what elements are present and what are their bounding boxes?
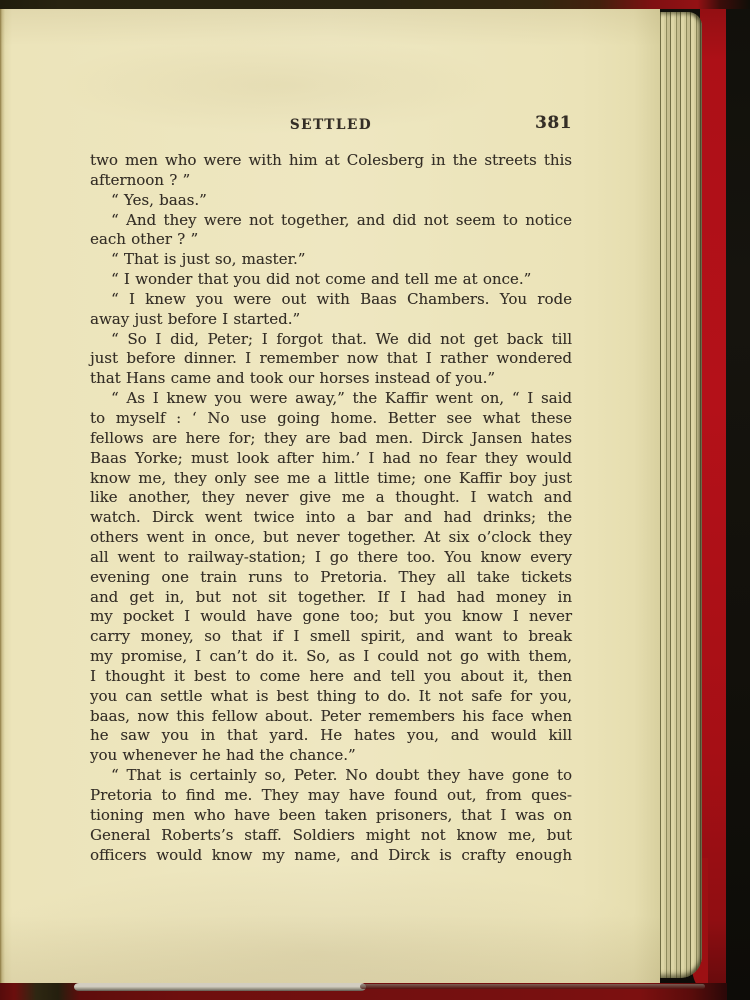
text-line: my promise, I can’t do it. So, as I coul…: [90, 647, 572, 667]
text-line: “ That is just so, master.”: [90, 250, 572, 270]
text-line: and get in, but not sit together. If I h…: [90, 588, 572, 608]
text-line: Pretoria to find me. They may have found…: [90, 786, 572, 806]
paragraph: two men who were with him at Colesberg i…: [90, 151, 572, 191]
paragraph: “ That is certainly so, Peter. No doubt …: [90, 766, 572, 865]
text-line: he saw you in that yard. He hates you, a…: [90, 726, 572, 746]
paragraph: “ Yes, baas.”: [90, 191, 572, 211]
text-line: watch. Dirck went twice into a bar and h…: [90, 508, 572, 528]
paragraph: “ As I knew you were away,” the Kaffir w…: [90, 389, 572, 766]
top-edge-shadow: [0, 0, 750, 9]
book-scan: SETTLED 381 two men who were with him at…: [0, 0, 750, 1000]
text-line: know me, they only see me a little time;…: [90, 469, 572, 489]
text-line: officers would know my name, and Dirck i…: [90, 846, 572, 866]
text-line: “ That is certainly so, Peter. No doubt …: [90, 766, 572, 786]
page-edge-stack: [654, 12, 702, 978]
text-line: away just before I started.”: [90, 310, 572, 330]
text-line: you whenever he had the chance.”: [90, 746, 572, 766]
text-line: my pocket I would have gone too; but you…: [90, 607, 572, 627]
text-line: “ So I did, Peter; I forgot that. We did…: [90, 330, 572, 350]
page-text: two men who were with him at Colesberg i…: [90, 151, 572, 865]
text-line: “ And they were not together, and did no…: [90, 211, 572, 231]
text-line: Baas Yorke; must look after him.’ I had …: [90, 449, 572, 469]
text-line: baas, now this fellow about. Peter remem…: [90, 707, 572, 727]
text-line: afternoon ? ”: [90, 171, 572, 191]
book-page: SETTLED 381 two men who were with him at…: [0, 7, 660, 984]
text-line: I thought it best to come here and tell …: [90, 667, 572, 687]
paragraph: “ That is just so, master.”: [90, 250, 572, 270]
paragraph: “ I wonder that you did not come and tel…: [90, 270, 572, 290]
text-line: “ I knew you were out with Baas Chambers…: [90, 290, 572, 310]
paragraph: “ And they were not together, and did no…: [90, 211, 572, 251]
text-line: like another, they never give me a thoug…: [90, 488, 572, 508]
page-number: 381: [535, 113, 572, 133]
text-line: fellows are here for; they are bad men. …: [90, 429, 572, 449]
page-bottom-highlight-faint: [360, 984, 705, 989]
paragraph: “ I knew you were out with Baas Chambers…: [90, 290, 572, 330]
text-line: General Roberts’s staff. Soldiers might …: [90, 826, 572, 846]
text-line: two men who were with him at Colesberg i…: [90, 151, 572, 171]
paragraph: “ So I did, Peter; I forgot that. We did…: [90, 330, 572, 390]
text-line: “ As I knew you were away,” the Kaffir w…: [90, 389, 572, 409]
text-line: all went to railway-station; I go there …: [90, 548, 572, 568]
text-line: “ I wonder that you did not come and tel…: [90, 270, 572, 290]
text-line: each other ? ”: [90, 230, 572, 250]
text-line: you can settle what is best thing to do.…: [90, 687, 572, 707]
running-header: SETTLED 381: [90, 113, 572, 137]
text-line: others went in once, but never together.…: [90, 528, 572, 548]
text-line: carry money, so that if I smell spirit, …: [90, 627, 572, 647]
text-line: to myself : ‘ No use going home. Better …: [90, 409, 572, 429]
page-bottom-highlight: [74, 983, 366, 991]
chapter-title: SETTLED: [90, 117, 572, 133]
text-line: tioning men who have been taken prisoner…: [90, 806, 572, 826]
text-line: evening one train runs to Pretoria. They…: [90, 568, 572, 588]
text-line: just before dinner. I remember now that …: [90, 349, 572, 369]
text-line: “ Yes, baas.”: [90, 191, 572, 211]
text-line: that Hans came and took our horses inste…: [90, 369, 572, 389]
book-cover-red-edge: [700, 0, 726, 1000]
